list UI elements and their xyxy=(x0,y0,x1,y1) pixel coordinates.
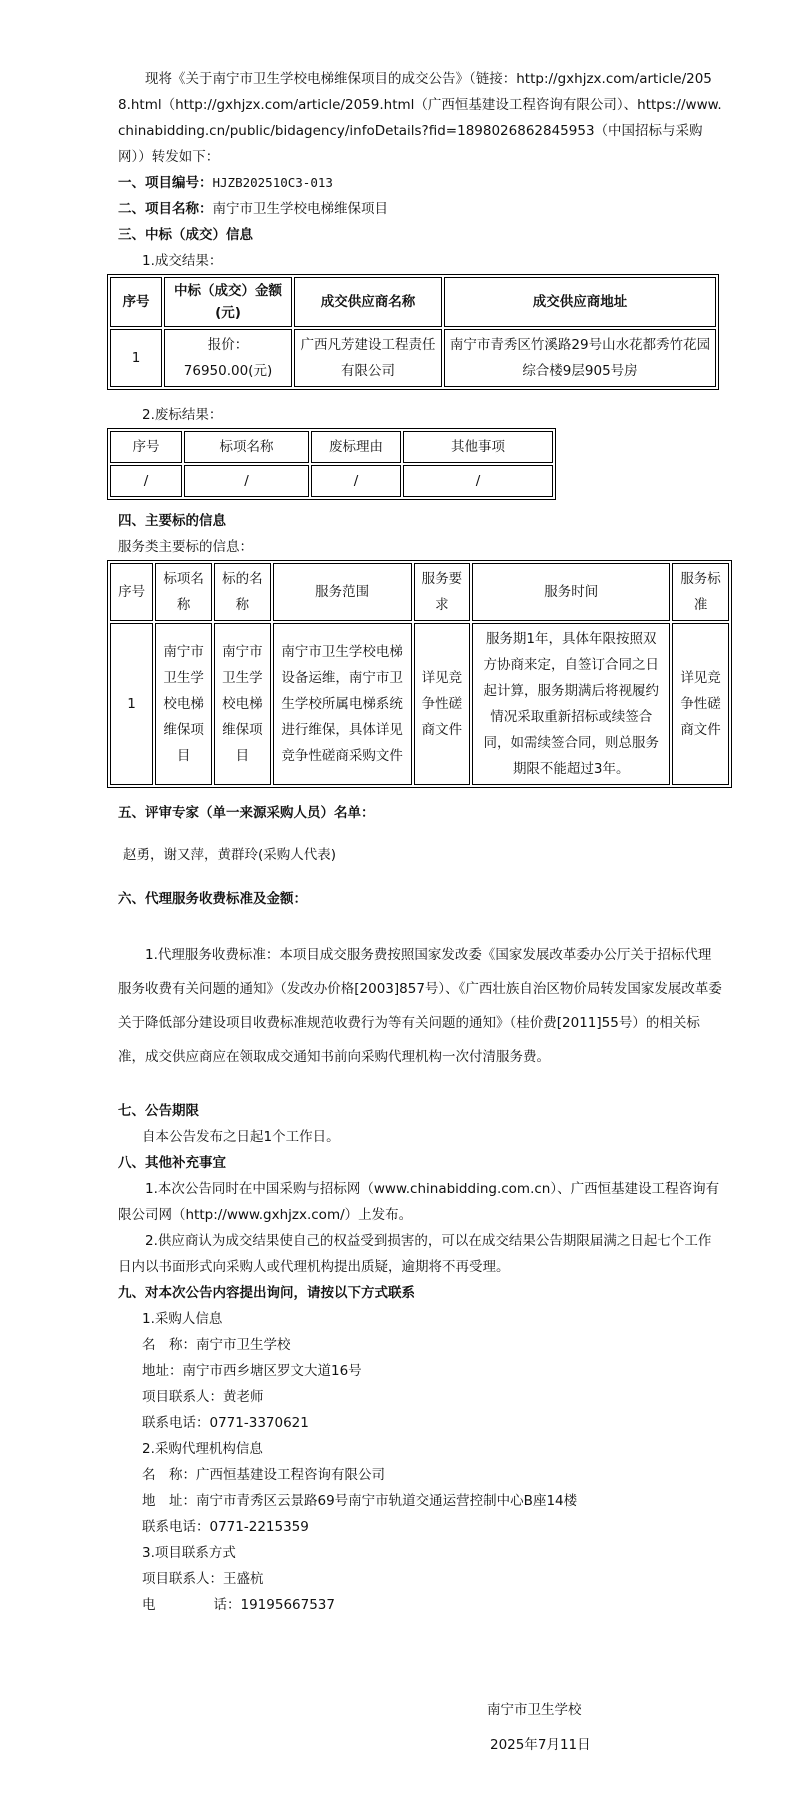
purchaser-title: 1.采购人信息 xyxy=(118,1306,723,1332)
col-header-scope: 服务范围 xyxy=(273,563,412,621)
cell-no: / xyxy=(110,465,182,497)
cell-scope: 南宁市卫生学校电梯设备运维，南宁市卫生学校所属电梯系统进行维保，具体详见竞争性磋… xyxy=(273,623,412,785)
other-item-2: 2.供应商认为成交结果使自己的权益受到损害的，可以在成交结果公告期限届满之日起七… xyxy=(118,1228,723,1280)
main-subject-table: 序号 标项名称 标的名称 服务范围 服务要求 服务时间 服务标准 1 南宁市卫生… xyxy=(107,560,732,788)
col-header-no: 序号 xyxy=(110,563,153,621)
award-result-caption: 1.成交结果： xyxy=(118,248,723,274)
project-contact-phone-row: 电话：19195667537 xyxy=(118,1592,723,1618)
cell-reason: / xyxy=(311,465,401,497)
table-row: 1 报价： 76950.00(元) 广西凡芳建设工程责任有限公司 南宁市青秀区竹… xyxy=(110,329,716,387)
intro-paragraph: 现将《关于南宁市卫生学校电梯维保项目的成交公告》（链接：http://gxhjz… xyxy=(118,66,723,170)
period-text: 自本公告发布之日起1个工作日。 xyxy=(118,1124,723,1150)
project-number: HJZB202510C3-013 xyxy=(213,175,333,190)
cell-standard: 详见竞争性磋商文件 xyxy=(672,623,729,785)
amount-value: 76950.00(元) xyxy=(169,358,287,384)
col-header-subject-name: 标的名称 xyxy=(214,563,271,621)
cell-item: / xyxy=(184,465,309,497)
col-header-other: 其他事项 xyxy=(403,431,553,463)
failed-result-caption: 2.废标结果： xyxy=(118,402,723,428)
cell-address: 南宁市青秀区竹溪路29号山水花都秀竹花园综合楼9层905号房 xyxy=(444,329,716,387)
col-header-reason: 废标理由 xyxy=(311,431,401,463)
table-row: 1 南宁市卫生学校电梯维保项目 南宁市卫生学校电梯维保项目 南宁市卫生学校电梯设… xyxy=(110,623,729,785)
section-label: 二、项目名称： xyxy=(118,201,213,217)
cell-amount: 报价： 76950.00(元) xyxy=(164,329,292,387)
purchaser-name: 名 称：南宁市卫生学校 xyxy=(118,1332,723,1358)
project-contact-phone: 话：19195667537 xyxy=(214,1597,335,1613)
cell-requirement: 详见竞争性磋商文件 xyxy=(414,623,471,785)
section-period: 七、公告期限 xyxy=(118,1098,723,1124)
table-header-row: 序号 标项名称 标的名称 服务范围 服务要求 服务时间 服务标准 xyxy=(110,563,729,621)
section-project-name: 二、项目名称：南宁市卫生学校电梯维保项目 xyxy=(118,196,723,222)
purchaser-phone: 联系电话：0771-3370621 xyxy=(118,1410,723,1436)
announcement-document: 现将《关于南宁市卫生学校电梯维保项目的成交公告》（链接：http://gxhjz… xyxy=(118,66,723,1618)
section-award-info: 三、中标（成交）信息 xyxy=(118,222,723,248)
failed-result-table: 序号 标项名称 废标理由 其他事项 / / / / xyxy=(107,428,556,500)
section-label: 一、项目编号： xyxy=(118,175,213,191)
cell-subject-name: 南宁市卫生学校电梯维保项目 xyxy=(214,623,271,785)
experts-row: 赵勇，谢又萍，黄群玲(采购人代表) xyxy=(118,842,723,868)
experts-list: 赵勇，谢又萍，黄群玲(采购人代表) xyxy=(123,847,336,863)
col-header-requirement: 服务要求 xyxy=(414,563,471,621)
section-fee: 六、代理服务收费标准及金额： xyxy=(118,886,723,912)
agency-address: 地 址：南宁市青秀区云景路69号南宁市轨道交通运营控制中心B座14楼 xyxy=(118,1488,723,1514)
col-header-time: 服务时间 xyxy=(472,563,670,621)
col-header-no: 序号 xyxy=(110,431,182,463)
other-item-1: 1.本次公告同时在中国采购与招标网（www.chinabidding.com.c… xyxy=(118,1176,723,1228)
agency-title: 2.采购代理机构信息 xyxy=(118,1436,723,1462)
section-main-subject: 四、主要标的信息 xyxy=(118,508,723,534)
col-header-no: 序号 xyxy=(110,277,162,327)
section-experts: 五、评审专家（单一来源采购人员）名单： xyxy=(118,800,723,826)
col-header-item: 标项名称 xyxy=(184,431,309,463)
cell-supplier: 广西凡芳建设工程责任有限公司 xyxy=(294,329,442,387)
cell-item-name: 南宁市卫生学校电梯维保项目 xyxy=(155,623,212,785)
col-header-item-name: 标项名称 xyxy=(155,563,212,621)
agency-name: 名 称：广西恒基建设工程咨询有限公司 xyxy=(118,1462,723,1488)
col-header-standard: 服务标准 xyxy=(672,563,729,621)
col-header-address: 成交供应商地址 xyxy=(444,277,716,327)
section-other: 八、其他补充事宜 xyxy=(118,1150,723,1176)
col-header-amount: 中标（成交）金额(元) xyxy=(164,277,292,327)
cell-no: 1 xyxy=(110,623,153,785)
table-header-row: 序号 标项名称 废标理由 其他事项 xyxy=(110,431,553,463)
cell-no: 1 xyxy=(110,329,162,387)
section-project-number: 一、项目编号：HJZB202510C3-013 xyxy=(118,170,723,196)
fee-paragraph: 1.代理服务收费标准：本项目成交服务费按照国家发改委《国家发展改革委办公厅关于招… xyxy=(118,938,723,1074)
project-contact-title: 3.项目联系方式 xyxy=(118,1540,723,1566)
purchaser-person: 项目联系人：黄老师 xyxy=(118,1384,723,1410)
signature-date: 2025年7月11日 xyxy=(490,1732,591,1758)
section-contact: 九、对本次公告内容提出询问，请按以下方式联系 xyxy=(118,1280,723,1306)
cell-time: 服务期1年，具体年限按照双方协商来定，自签订合同之日起计算，服务期满后将视履约情… xyxy=(472,623,670,785)
table-row: / / / / xyxy=(110,465,553,497)
award-result-table: 序号 中标（成交）金额(元) 成交供应商名称 成交供应商地址 1 报价： 769… xyxy=(107,274,719,390)
purchaser-address: 地址：南宁市西乡塘区罗文大道16号 xyxy=(118,1358,723,1384)
phone-label: 电 xyxy=(142,1597,156,1613)
signature-org: 南宁市卫生学校 xyxy=(487,1697,582,1723)
project-name: 南宁市卫生学校电梯维保项目 xyxy=(213,201,389,217)
agency-phone: 联系电话：0771-2215359 xyxy=(118,1514,723,1540)
spacer xyxy=(118,1074,723,1098)
amount-label: 报价： xyxy=(169,332,287,358)
table-header-row: 序号 中标（成交）金额(元) 成交供应商名称 成交供应商地址 xyxy=(110,277,716,327)
main-subject-caption: 服务类主要标的信息： xyxy=(118,534,723,560)
col-header-supplier: 成交供应商名称 xyxy=(294,277,442,327)
cell-other: / xyxy=(403,465,553,497)
project-contact-person: 项目联系人：王盛杭 xyxy=(118,1566,723,1592)
